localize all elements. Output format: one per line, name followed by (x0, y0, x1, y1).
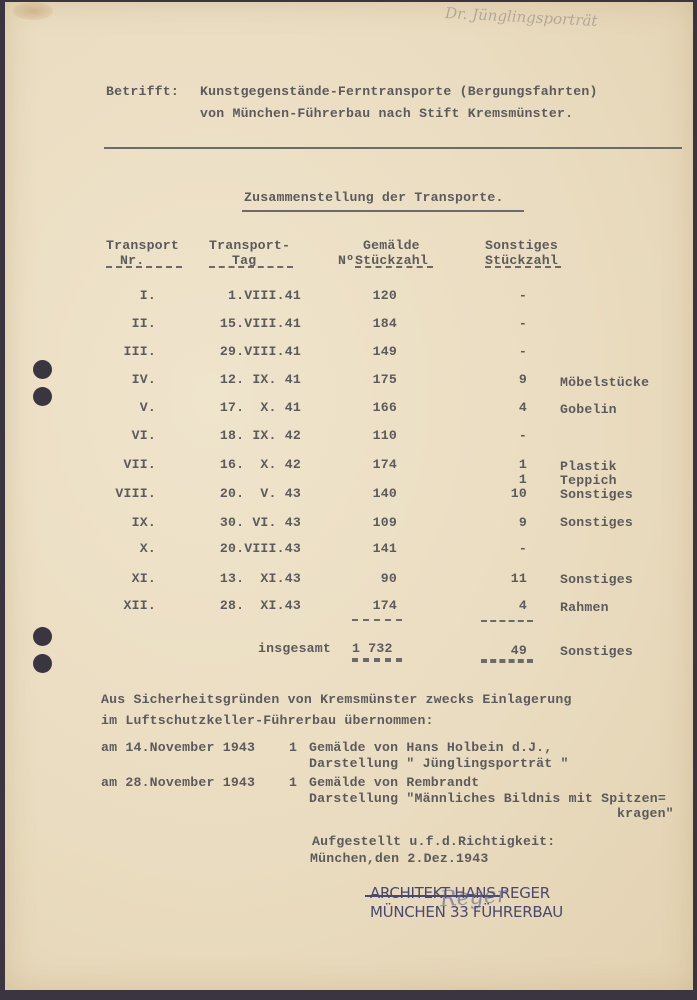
cell-gemaelde: 140 (350, 486, 397, 501)
cell-tag: 30. VI. 43 (200, 515, 301, 530)
total-label: insgesamt (258, 641, 331, 656)
horizontal-rule (104, 147, 682, 149)
cell-nr: VII. (100, 457, 156, 472)
cell-sonst-n: 9 (480, 515, 527, 530)
signature: Reger (439, 883, 508, 913)
cell-sonst-n: - (480, 541, 527, 556)
header-underline (209, 266, 293, 268)
cell-tag: 29.VIII.41 (200, 344, 301, 359)
cell-sonst-n: 4 (480, 598, 527, 613)
cell-tag: 20. V. 43 (200, 486, 301, 501)
title-underline (242, 210, 524, 212)
cell-nr: III. (100, 344, 156, 359)
sum-line (481, 620, 533, 622)
cell-gemaelde: 109 (350, 515, 397, 530)
cell-sonst-n: - (480, 316, 527, 331)
header-sonstiges-1: Sonstiges (485, 238, 558, 253)
cell-gemaelde: 174 (350, 598, 397, 613)
cell-tag: 13. XI.43 (200, 571, 301, 586)
double-underline (481, 659, 533, 663)
entry-line-2: Darstellung " Jünglingsporträt " (309, 756, 569, 771)
cell-nr: IX. (100, 515, 156, 530)
cell-nr: VIII. (100, 486, 156, 501)
cell-tag: 17. X. 41 (200, 400, 301, 415)
cell-nr: IV. (100, 372, 156, 387)
cell-sonst-n: - (480, 344, 527, 359)
cell-sonst-desc: Gobelin (560, 402, 617, 417)
cell-gemaelde: 174 (350, 457, 397, 472)
header-transport-tag-1: Transport- (209, 238, 290, 253)
entry-date: am 28.November 1943 (101, 775, 255, 790)
cell-gemaelde: 175 (350, 372, 397, 387)
cell-nr: X. (100, 541, 156, 556)
header-transport-nr-1: Transport (106, 238, 179, 253)
cell-sonst-desc: Teppich (560, 473, 617, 488)
cell-sonst-n: 9 (480, 372, 527, 387)
total-gemaelde: 1 732 (352, 641, 393, 656)
cell-tag: 20.VIII.43 (200, 541, 301, 556)
cell-sonst-n: 1 (480, 457, 527, 472)
cell-gemaelde: 166 (350, 400, 397, 415)
entry-count: 1 (289, 740, 297, 755)
entry-count: 1 (289, 775, 297, 790)
punch-hole (33, 387, 52, 406)
entry-line-1: Gemälde von Hans Holbein d.J., (309, 740, 552, 755)
entry-line-2: Darstellung "Männliches Bildnis mit Spit… (309, 791, 666, 806)
cell-sonst-desc: Möbelstücke (560, 375, 649, 390)
cell-tag: 16. X. 42 (200, 457, 301, 472)
cell-sonst-desc: Plastik (560, 459, 617, 474)
total-sonst: 49 (480, 643, 527, 658)
section-title: Zusammenstellung der Transporte. (244, 190, 504, 205)
cell-gemaelde: 110 (350, 428, 397, 443)
closing-line-2: München,den 2.Dez.1943 (310, 851, 489, 866)
note-line-2: im Luftschutzkeller-Führerbau übernommen… (101, 713, 434, 728)
cell-gemaelde: 120 (350, 288, 397, 303)
cell-nr: V. (100, 400, 156, 415)
cell-gemaelde: 149 (350, 344, 397, 359)
cell-tag: 12. IX. 41 (200, 372, 301, 387)
cell-gemaelde: 141 (350, 541, 397, 556)
punch-hole (33, 360, 52, 379)
cell-sonst-n: 10 (480, 486, 527, 501)
sum-line (352, 619, 402, 621)
header-underline (355, 266, 433, 268)
cell-sonst-n: 1 (480, 472, 527, 487)
cell-tag: 15.VIII.41 (200, 316, 301, 331)
cell-tag: 18. IX. 42 (200, 428, 301, 443)
cell-nr: XII. (100, 598, 156, 613)
subject-line-2: von München-Führerbau nach Stift Kremsmü… (200, 106, 573, 121)
header-underline (106, 266, 182, 268)
subject-line-1: Kunstgegenstände-Ferntransporte (Bergung… (200, 84, 598, 99)
punch-hole (33, 654, 52, 673)
cell-sonst-n: - (480, 428, 527, 443)
cell-sonst-desc: Sonstiges (560, 487, 633, 502)
cell-sonst-n: - (480, 288, 527, 303)
header-underline (485, 266, 561, 268)
entry-line-1: Gemälde von Rembrandt (309, 775, 479, 790)
cell-gemaelde: 90 (350, 571, 397, 586)
entry-date: am 14.November 1943 (101, 740, 255, 755)
cell-nr: II. (100, 316, 156, 331)
cell-sonst-desc: Sonstiges (560, 515, 633, 530)
cell-gemaelde: 184 (350, 316, 397, 331)
note-line-1: Aus Sicherheitsgründen von Kremsmünster … (101, 692, 572, 707)
cell-tag: 28. XI.43 (200, 598, 301, 613)
cell-sonst-n: 11 (480, 571, 527, 586)
header-gemaelde-1: Gemälde (363, 238, 420, 253)
cell-nr: I. (100, 288, 156, 303)
cell-nr: VI. (100, 428, 156, 443)
cell-sonst-desc: Rahmen (560, 600, 609, 615)
cell-tag: 1.VIII.41 (200, 288, 301, 303)
punch-hole (33, 627, 52, 646)
closing-line-1: Aufgestellt u.f.d.Richtigkeit: (312, 834, 555, 849)
subject-label: Betrifft: (106, 84, 179, 99)
entry-line-3: kragen" (617, 806, 674, 821)
cell-sonst-n: 4 (480, 400, 527, 415)
cell-sonst-desc: Sonstiges (560, 572, 633, 587)
total-sonst-desc: Sonstiges (560, 644, 633, 659)
header-nr-prefix: Nº (338, 253, 354, 268)
double-underline (352, 658, 402, 662)
stain (13, 2, 53, 20)
cell-nr: XI. (100, 571, 156, 586)
